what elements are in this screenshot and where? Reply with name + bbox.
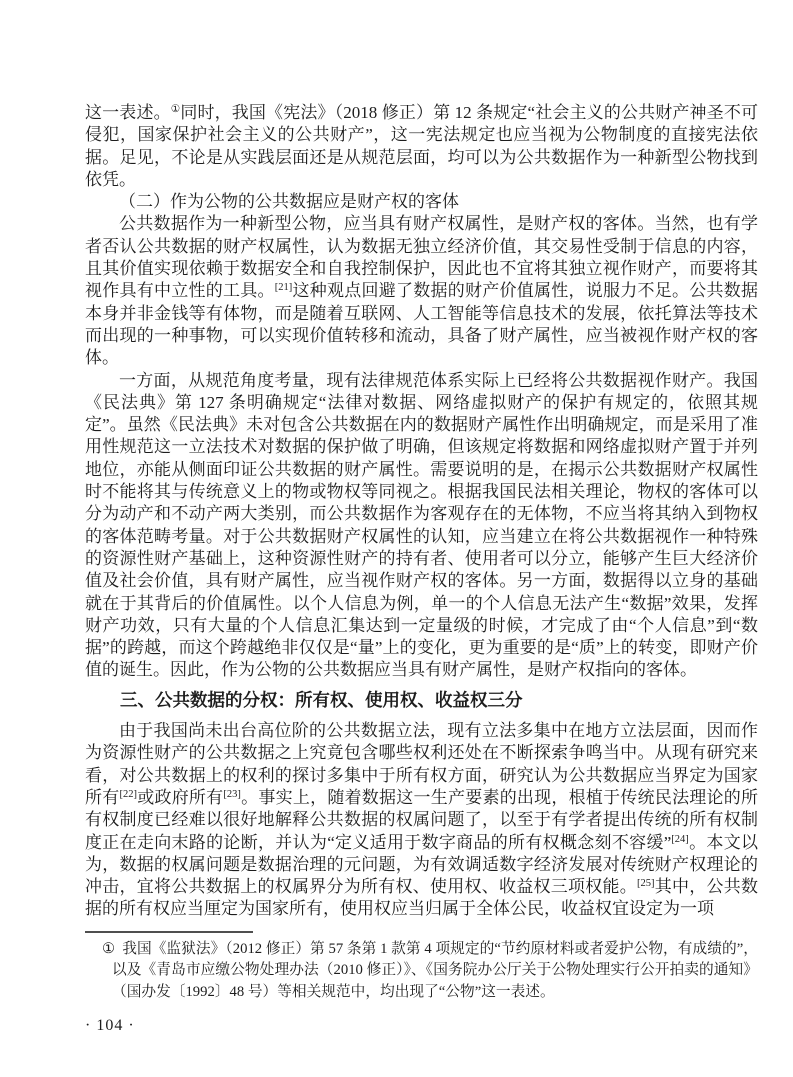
article-body: 这一表述。①同时，我国《宪法》（2018 修正）第 12 条规定“社会主义的公共… <box>85 102 758 921</box>
text-run: 这一表述。 <box>85 103 171 122</box>
footnote-ref: [24] <box>671 834 689 845</box>
footnote-ref: [22] <box>119 789 137 800</box>
paragraph: 公共数据作为一种新型公物，应当具有财产权属性，是财产权的客体。当然，也有学者否认… <box>85 213 758 369</box>
footnotes: ①我国《监狱法》（2012 修正）第 57 条第 1 款第 4 项规定的“节约原… <box>85 939 758 1003</box>
document-page: 这一表述。①同时，我国《宪法》（2018 修正）第 12 条规定“社会主义的公共… <box>0 0 793 1077</box>
page-number: · 104 · <box>85 1017 758 1035</box>
text-column: 这一表述。①同时，我国《宪法》（2018 修正）第 12 条规定“社会主义的公共… <box>85 102 758 1035</box>
paragraph: 由于我国尚未出台高位阶的公共数据立法，现有立法多集中在地方立法层面，因而作为资源… <box>85 720 758 921</box>
paragraph: 一方面，从规范角度考量，现有法律规范体系实际上已经将公共数据视作财产。我国《民法… <box>85 370 758 682</box>
footnote-ref: ① <box>171 104 181 115</box>
footnote-marker: ① <box>102 941 115 957</box>
footnote-ref: [21] <box>275 282 293 293</box>
section-heading: 三、公共数据的分权：所有权、使用权、收益权三分 <box>85 689 758 711</box>
footnote-separator <box>85 931 253 933</box>
paragraph: 这一表述。①同时，我国《宪法》（2018 修正）第 12 条规定“社会主义的公共… <box>85 102 758 191</box>
footnote-ref: [23] <box>223 789 241 800</box>
footnote-ref: [25] <box>637 878 655 889</box>
text-run: 一方面，从规范角度考量，现有法律规范体系实际上已经将公共数据视作财产。我国《民法… <box>85 371 758 680</box>
subsection-heading: （二）作为公物的公共数据应是财产权的客体 <box>85 191 758 213</box>
text-run: （二）作为公物的公共数据应是财产权的客体 <box>119 192 459 211</box>
text-run: 同时，我国《宪法》（2018 修正）第 12 条规定“社会主义的公共财产神圣不可… <box>85 103 758 189</box>
text-run: 或政府所有 <box>137 788 223 807</box>
footnote-text: 我国《监狱法》（2012 修正）第 57 条第 1 款第 4 项规定的“节约原材… <box>112 941 758 1000</box>
text-run: 三、公共数据的分权：所有权、使用权、收益权三分 <box>120 690 523 710</box>
footnote: ①我国《监狱法》（2012 修正）第 57 条第 1 款第 4 项规定的“节约原… <box>85 939 758 1003</box>
